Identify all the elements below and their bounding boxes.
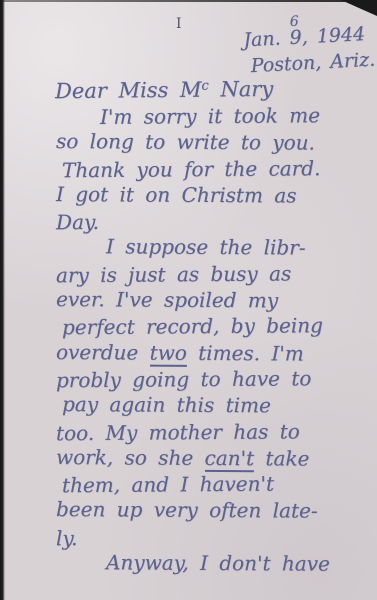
date-month: Jan. <box>243 27 290 51</box>
letter-line: been up very often late- <box>56 497 377 525</box>
letter-page: I Jan. 9,6 1944 Poston, Ariz. Dear Miss … <box>0 0 377 600</box>
letter-line: ever. I've spoiled my <box>56 287 377 315</box>
letter-heading: Jan. 9,6 1944 Poston, Ariz. <box>243 23 376 78</box>
date-line: Jan. 9,6 1944 <box>243 23 375 52</box>
letter-line: Day. <box>56 208 377 237</box>
letter-line: probly going to have to <box>56 366 377 395</box>
letter-line: pay again this time <box>62 392 377 420</box>
place-line: Poston, Ariz. <box>250 49 376 77</box>
scan-corner-top-right <box>341 0 377 16</box>
scan-edge-top <box>0 0 377 2</box>
page-number-marker: I <box>176 16 183 32</box>
line-text: work, so she <box>56 445 205 470</box>
letter-line: I suppose the libr- <box>62 235 377 263</box>
letter-line: too. My mother has to <box>56 418 377 447</box>
date-day: 9,6 <box>289 26 308 49</box>
letter-line: I'm sorry it took me <box>56 103 377 132</box>
line-text: overdue <box>56 340 150 365</box>
line-text: take <box>254 446 309 470</box>
letter-line: I got it on Christm as <box>56 182 377 210</box>
letter-line: Anyway, I don't have <box>62 550 377 578</box>
line-text: times. I'm <box>187 340 304 365</box>
date-correction: 6 <box>289 14 299 30</box>
letter-line: ly. <box>56 523 377 552</box>
letter-body: I'm sorry it took meso long to write to … <box>0 104 377 577</box>
underlined-word: two <box>150 340 187 366</box>
date-year: 1944 <box>307 23 365 48</box>
letter-line: overdue two times. I'm <box>56 340 377 368</box>
letter-line: them, and I haven't <box>62 471 377 500</box>
letter-line: ary is just as busy as <box>56 261 377 290</box>
letter-line: Thank you for the card. <box>62 155 377 184</box>
salutation-text: Dear Miss M <box>55 78 202 104</box>
letter-line: work, so she can't take <box>56 445 377 473</box>
salutation-text-end: Nary <box>209 77 274 102</box>
salutation: Dear Miss Mc Nary <box>55 77 273 103</box>
underlined-word: can't <box>204 446 254 472</box>
letter-line: so long to write to you. <box>56 129 377 157</box>
letter-line: perfect record, by being <box>62 313 377 342</box>
